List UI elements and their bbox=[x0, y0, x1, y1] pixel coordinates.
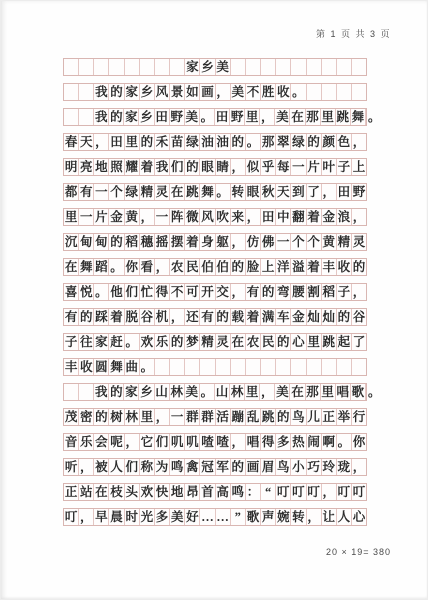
grid-cell: 踩 bbox=[94, 309, 109, 325]
grid-cell: 上 bbox=[352, 159, 366, 175]
grid-cell: 丰 bbox=[64, 359, 79, 375]
grid-cell: 穗 bbox=[140, 234, 155, 250]
grid-cell: 叮 bbox=[307, 484, 322, 500]
grid-cell: 绿 bbox=[291, 134, 306, 150]
grid-row: 有的踩着脱谷机，还有的载着满车金灿灿的谷 bbox=[63, 308, 367, 326]
grid-row: 喜悦。他们忙得不可开交，有的弯腰割稻子， bbox=[63, 283, 367, 301]
grid-cell: 忙 bbox=[140, 284, 155, 300]
grid-cell: 儿 bbox=[307, 409, 322, 425]
grid-row: 沉甸甸的稻穗摇摆着身躯，仿佛一个个黄精灵 bbox=[63, 233, 367, 251]
grid-cell bbox=[322, 84, 337, 100]
grid-cell: 林 bbox=[125, 409, 140, 425]
grid-cell: 心 bbox=[352, 509, 366, 525]
grid-cell: 还 bbox=[185, 309, 200, 325]
grid-cell: 小 bbox=[291, 459, 306, 475]
grid-cell: 闹 bbox=[307, 434, 322, 450]
page-number-indicator: 第 1 页 共 3 页 bbox=[316, 27, 391, 40]
grid-cell: ， bbox=[322, 184, 337, 200]
grid-cell: 他 bbox=[109, 284, 124, 300]
grid-cell: 天 bbox=[79, 134, 94, 150]
grid-cell: 亮 bbox=[79, 159, 94, 175]
grid-cell: 一 bbox=[276, 234, 291, 250]
grid-cell: 正 bbox=[322, 409, 337, 425]
grid-cell: 好 bbox=[185, 509, 200, 525]
grid-cell: 转 bbox=[291, 509, 306, 525]
grid-cell: 苗 bbox=[170, 134, 185, 150]
grid-row: 听，被人们称为鸣禽冠军的画眉鸟小巧玲珑， bbox=[63, 458, 367, 476]
grid-cell: 片 bbox=[94, 209, 109, 225]
grid-cell: 首 bbox=[200, 484, 215, 500]
grid-cell: 。 bbox=[246, 134, 261, 150]
grid-cell bbox=[276, 59, 291, 75]
grid-cell: 高 bbox=[216, 484, 231, 500]
grid-cell: 在 bbox=[170, 184, 185, 200]
grid-cell: 丰 bbox=[322, 259, 337, 275]
grid-cell bbox=[337, 84, 352, 100]
grid-cell: 叽 bbox=[185, 434, 200, 450]
grid-cell: 民 bbox=[185, 259, 200, 275]
grid-cell: 沉 bbox=[64, 234, 79, 250]
grid-cell: 行 bbox=[352, 409, 366, 425]
grid-cell: 唱 bbox=[246, 434, 261, 450]
grid-cell bbox=[109, 59, 124, 75]
grid-cell: 精 bbox=[337, 234, 352, 250]
grid-row: 丰收圆舞曲。 bbox=[63, 358, 367, 376]
grid-cell: 的 bbox=[94, 409, 109, 425]
grid-cell: 山 bbox=[215, 384, 230, 400]
grid-cell: 。 bbox=[291, 84, 306, 100]
grid-cell: 乡 bbox=[139, 384, 154, 400]
grid-cell: 到 bbox=[291, 184, 306, 200]
grid-cell: 叮 bbox=[276, 484, 291, 500]
grid-cell: 天 bbox=[276, 184, 291, 200]
grid-cell: 鸣 bbox=[170, 459, 185, 475]
grid-cell: 多 bbox=[276, 434, 291, 450]
grid-cell: 个 bbox=[109, 184, 124, 200]
grid-cell: 叮 bbox=[64, 509, 79, 525]
grid-cell: 的 bbox=[337, 309, 352, 325]
grid-cell: 子 bbox=[337, 284, 352, 300]
grid-cell bbox=[231, 59, 246, 75]
grid-cell: 野 bbox=[170, 109, 185, 125]
grid-cell: 田 bbox=[215, 109, 230, 125]
grid-cell: 声 bbox=[261, 509, 276, 525]
grid-cell: 如 bbox=[185, 84, 200, 100]
grid-cell: 跳 bbox=[336, 109, 351, 125]
grid-cell: ， bbox=[155, 259, 170, 275]
grid-cell: 躯 bbox=[216, 234, 231, 250]
grid-cell: 着 bbox=[307, 209, 322, 225]
grid-cell: 欢 bbox=[140, 484, 155, 500]
grid-cell: 不 bbox=[246, 84, 261, 100]
grid-cell: 禽 bbox=[185, 459, 200, 475]
grid-cell: 曲 bbox=[125, 359, 140, 375]
grid-cell: 摆 bbox=[170, 234, 185, 250]
grid-cell: 微 bbox=[185, 209, 200, 225]
grid-cell: 里 bbox=[125, 134, 140, 150]
grid-cell: 那 bbox=[306, 109, 321, 125]
grid-cell bbox=[79, 109, 94, 125]
grid-cell: 歌 bbox=[351, 384, 366, 400]
grid-cell: 不 bbox=[170, 284, 185, 300]
grid-cell: 圆 bbox=[94, 359, 109, 375]
grid-cell: 佛 bbox=[261, 234, 276, 250]
grid-row: 我的家乡田野美。田野里，美在那里跳舞。 bbox=[63, 108, 367, 126]
grid-cell: 谷 bbox=[352, 309, 366, 325]
grid-cell: 着 bbox=[307, 259, 322, 275]
grid-cell: 听 bbox=[64, 459, 79, 475]
grid-cell: ” bbox=[231, 509, 246, 525]
grid-cell bbox=[261, 359, 276, 375]
grid-cell: 开 bbox=[200, 284, 215, 300]
grid-cell: 美 bbox=[231, 84, 246, 100]
grid-cell: ， bbox=[231, 284, 246, 300]
grid-cell: 里 bbox=[321, 384, 336, 400]
grid-cell: 胜 bbox=[261, 84, 276, 100]
grid-cell: 美 bbox=[275, 109, 290, 125]
grid-cell: 腰 bbox=[291, 284, 306, 300]
grid-cell: 那 bbox=[261, 134, 276, 150]
grid-cell bbox=[64, 59, 79, 75]
grid-cell: 你 bbox=[352, 434, 366, 450]
grid-cell bbox=[352, 59, 366, 75]
grid-cell: 的 bbox=[276, 334, 291, 350]
grid-cell: 乡 bbox=[200, 59, 215, 75]
grid-cell: 绿 bbox=[125, 184, 140, 200]
grid-cell: 里 bbox=[307, 334, 322, 350]
grid-cell bbox=[170, 59, 185, 75]
grid-cell: 舞 bbox=[200, 184, 215, 200]
grid-cell: ， bbox=[231, 159, 246, 175]
grid-cell: 的 bbox=[261, 284, 276, 300]
grid-cell: 的 bbox=[109, 109, 124, 125]
grid-cell: 们 bbox=[125, 459, 140, 475]
grid-cell: 稻 bbox=[322, 284, 337, 300]
grid-cell: 里 bbox=[245, 109, 260, 125]
grid-cell: 珑 bbox=[337, 459, 352, 475]
grid-cell: 着 bbox=[109, 309, 124, 325]
grid-cell: 景 bbox=[170, 84, 185, 100]
grid-cell: 野 bbox=[352, 184, 366, 200]
grid-cell: 地 bbox=[170, 484, 185, 500]
grid-cell bbox=[322, 59, 337, 75]
grid-cell: 地 bbox=[94, 159, 109, 175]
grid-cell: 子 bbox=[64, 334, 79, 350]
grid-cell: 头 bbox=[125, 484, 140, 500]
grid-cell: 油 bbox=[216, 134, 231, 150]
grid-cell: 黄 bbox=[322, 234, 337, 250]
grid-cell bbox=[337, 59, 352, 75]
grid-cell: 车 bbox=[276, 309, 291, 325]
grid-cell: 。 bbox=[109, 259, 124, 275]
grid-cell: 灵 bbox=[352, 234, 366, 250]
grid-cell bbox=[231, 359, 246, 375]
grid-cell: ， bbox=[170, 309, 185, 325]
grid-cell: 你 bbox=[125, 259, 140, 275]
grid-row: 家乡美 bbox=[63, 58, 367, 76]
grid-cell: 机 bbox=[155, 309, 170, 325]
grid-cell: 梦 bbox=[185, 334, 200, 350]
grid-cell: 被 bbox=[94, 459, 109, 475]
grid-cell: 的 bbox=[109, 384, 124, 400]
grid-cell: 喜 bbox=[64, 284, 79, 300]
grid-cell: 的 bbox=[216, 309, 231, 325]
grid-cell: 溢 bbox=[291, 259, 306, 275]
grid-cell: 金 bbox=[291, 309, 306, 325]
grid-cell: 风 bbox=[155, 84, 170, 100]
grid-cell: 昂 bbox=[185, 484, 200, 500]
grid-cell: 鸟 bbox=[291, 409, 306, 425]
grid-cell: 的 bbox=[185, 159, 200, 175]
grid-cell: 灵 bbox=[155, 184, 170, 200]
grid-cell bbox=[307, 84, 322, 100]
grid-cell: 蹈 bbox=[94, 259, 109, 275]
grid-cell: 得 bbox=[155, 284, 170, 300]
grid-cell: 一 bbox=[94, 184, 109, 200]
grid-cell: 里 bbox=[245, 384, 260, 400]
grid-cell: 载 bbox=[231, 309, 246, 325]
grid-cell bbox=[79, 59, 94, 75]
grid-cell: 眼 bbox=[200, 159, 215, 175]
grid-cell: 。 bbox=[94, 284, 109, 300]
grid-cell: 乎 bbox=[261, 159, 276, 175]
grid-cell: 翻 bbox=[291, 209, 306, 225]
grid-size-indicator: 20 × 19= 380 bbox=[326, 547, 391, 557]
grid-cell: 脸 bbox=[246, 259, 261, 275]
grid-cell: 耀 bbox=[125, 159, 140, 175]
grid-cell: ， bbox=[94, 134, 109, 150]
grid-cell: 睛 bbox=[216, 159, 231, 175]
grid-cell: 的 bbox=[79, 309, 94, 325]
grid-cell: 家 bbox=[124, 384, 139, 400]
grid-cell: 群 bbox=[200, 409, 215, 425]
grid-cell: 为 bbox=[155, 459, 170, 475]
grid-cell: 有 bbox=[200, 309, 215, 325]
grid-cell bbox=[185, 359, 200, 375]
grid-cell: 收 bbox=[337, 259, 352, 275]
grid-cell: 伯 bbox=[200, 259, 215, 275]
grid-cell: 伯 bbox=[216, 259, 231, 275]
grid-cell: 一 bbox=[291, 159, 306, 175]
grid-cell bbox=[170, 359, 185, 375]
grid-cell: ： bbox=[246, 484, 261, 500]
grid-cell: 心 bbox=[291, 334, 306, 350]
grid-cell: 仿 bbox=[246, 234, 261, 250]
grid-cell: 灿 bbox=[307, 309, 322, 325]
essay-grid: 家乡美我的家乡风景如画，美不胜收。我的家乡田野美。田野里，美在那里跳舞。春天，田… bbox=[63, 58, 367, 526]
grid-cell: 似 bbox=[246, 159, 261, 175]
grid-cell: 了 bbox=[352, 334, 366, 350]
grid-cell bbox=[140, 59, 155, 75]
grid-cell bbox=[291, 359, 306, 375]
grid-cell: ， bbox=[231, 434, 246, 450]
grid-cell: ， bbox=[307, 509, 322, 525]
grid-cell: 着 bbox=[185, 234, 200, 250]
grid-cell: 。 bbox=[200, 384, 215, 400]
grid-cell: 收 bbox=[276, 84, 291, 100]
grid-cell bbox=[246, 359, 261, 375]
grid-row: 我的家乡山林美。山林里，美在那里唱歌。 bbox=[63, 383, 367, 401]
grid-cell: 它 bbox=[140, 434, 155, 450]
grid-cell: 会 bbox=[94, 434, 109, 450]
grid-row: 我的家乡风景如画，美不胜收。 bbox=[63, 83, 367, 101]
grid-cell: 可 bbox=[185, 284, 200, 300]
grid-cell: 巧 bbox=[307, 459, 322, 475]
grid-cell: 称 bbox=[140, 459, 155, 475]
grid-cell: 乡 bbox=[139, 109, 154, 125]
grid-cell: … bbox=[216, 509, 231, 525]
grid-row: 里一片金黄，一阵微风吹来，田中翻着金浪， bbox=[63, 208, 367, 226]
grid-cell bbox=[155, 59, 170, 75]
grid-cell: 稻 bbox=[125, 234, 140, 250]
grid-cell: 活 bbox=[216, 409, 231, 425]
grid-cell: 那 bbox=[306, 384, 321, 400]
grid-cell: ， bbox=[352, 134, 366, 150]
grid-cell: 灿 bbox=[322, 309, 337, 325]
grid-row: 叮，早晨时光多美好……”歌声婉转，让人心 bbox=[63, 508, 367, 526]
grid-cell: ， bbox=[352, 209, 366, 225]
grid-cell: 我 bbox=[155, 159, 170, 175]
grid-cell: 跳 bbox=[322, 334, 337, 350]
grid-cell: 密 bbox=[79, 409, 94, 425]
grid-cell: 的 bbox=[276, 409, 291, 425]
grid-cell: 舞 bbox=[109, 359, 124, 375]
grid-cell: 金 bbox=[322, 209, 337, 225]
grid-cell bbox=[64, 84, 79, 100]
grid-cell: 林 bbox=[170, 384, 185, 400]
grid-cell: 舞 bbox=[79, 259, 94, 275]
grid-cell bbox=[291, 59, 306, 75]
grid-cell: 在 bbox=[64, 259, 79, 275]
grid-cell: 的 bbox=[307, 134, 322, 150]
grid-cell: 时 bbox=[125, 509, 140, 525]
grid-cell: 弯 bbox=[276, 284, 291, 300]
grid-cell: 黄 bbox=[125, 209, 140, 225]
grid-cell: 交 bbox=[216, 284, 231, 300]
grid-cell: 玲 bbox=[322, 459, 337, 475]
grid-cell: 人 bbox=[337, 509, 352, 525]
grid-cell bbox=[64, 384, 79, 400]
grid-cell: 早 bbox=[94, 509, 109, 525]
grid-cell: 脱 bbox=[125, 309, 140, 325]
grid-cell: 农 bbox=[170, 259, 185, 275]
grid-cell: 金 bbox=[109, 209, 124, 225]
grid-cell: ， bbox=[260, 384, 275, 400]
grid-cell: 悦 bbox=[79, 284, 94, 300]
grid-cell: 快 bbox=[155, 484, 170, 500]
grid-cell: 农 bbox=[246, 334, 261, 350]
grid-cell: 着 bbox=[246, 309, 261, 325]
grid-row: 春天，田里的禾苗绿油油的。那翠绿的颜色， bbox=[63, 133, 367, 151]
grid-cell: 眉 bbox=[261, 459, 276, 475]
grid-cell: 喳 bbox=[200, 434, 215, 450]
grid-cell: 的 bbox=[109, 84, 124, 100]
grid-row: 茂密的树林里，一群群活蹦乱跳的鸟儿正举行 bbox=[63, 408, 367, 426]
grid-cell: ， bbox=[322, 484, 337, 500]
grid-cell: 的 bbox=[231, 459, 246, 475]
grid-cell: 的 bbox=[140, 134, 155, 150]
grid-cell: 田 bbox=[109, 134, 124, 150]
grid-cell: 。 bbox=[216, 184, 231, 200]
grid-cell: 看 bbox=[140, 259, 155, 275]
grid-cell: ， bbox=[231, 234, 246, 250]
grid-cell: 举 bbox=[337, 409, 352, 425]
grid-cell: 跳 bbox=[261, 409, 276, 425]
grid-cell: 美 bbox=[216, 59, 231, 75]
grid-cell: 浪 bbox=[337, 209, 352, 225]
grid-cell: 有 bbox=[64, 309, 79, 325]
grid-cell: 正 bbox=[64, 484, 79, 500]
grid-cell bbox=[79, 84, 94, 100]
grid-cell: 家 bbox=[185, 59, 200, 75]
grid-cell: 摇 bbox=[155, 234, 170, 250]
grid-cell: 。 bbox=[200, 109, 215, 125]
grid-cell: 我 bbox=[94, 84, 109, 100]
grid-cell: 吹 bbox=[216, 209, 231, 225]
grid-cell: ， bbox=[260, 109, 275, 125]
grid-cell: 田 bbox=[337, 184, 352, 200]
grid-cell: 晨 bbox=[109, 509, 124, 525]
grid-cell: 树 bbox=[109, 409, 124, 425]
grid-cell: 明 bbox=[64, 159, 79, 175]
grid-cell: 画 bbox=[246, 459, 261, 475]
grid-cell: 收 bbox=[79, 359, 94, 375]
grid-cell: 画 bbox=[200, 84, 215, 100]
grid-cell: 在 bbox=[231, 334, 246, 350]
grid-cell bbox=[216, 359, 231, 375]
grid-cell: 了 bbox=[307, 184, 322, 200]
grid-cell: 叮 bbox=[352, 484, 366, 500]
grid-cell: 里 bbox=[321, 109, 336, 125]
grid-cell: 都 bbox=[64, 184, 79, 200]
grid-cell: 枝 bbox=[109, 484, 124, 500]
grid-cell: 让 bbox=[322, 509, 337, 525]
grid-cell: 美 bbox=[185, 384, 200, 400]
grid-cell: 舞 bbox=[351, 109, 366, 125]
grid-cell bbox=[200, 359, 215, 375]
grid-cell: 洋 bbox=[276, 259, 291, 275]
grid-row: 明亮地照耀着我们的眼睛，似乎每一片叶子上 bbox=[63, 158, 367, 176]
grid-cell: ， bbox=[216, 84, 231, 100]
grid-cell: 蹦 bbox=[231, 409, 246, 425]
grid-cell: 的 bbox=[352, 259, 366, 275]
grid-cell bbox=[94, 59, 109, 75]
grid-cell bbox=[352, 359, 366, 375]
grid-cell: 田 bbox=[155, 109, 170, 125]
grid-cell: 甸 bbox=[94, 234, 109, 250]
grid-cell: 林 bbox=[230, 384, 245, 400]
grid-cell: 山 bbox=[155, 384, 170, 400]
grid-cell: 里 bbox=[140, 409, 155, 425]
grid-cell: 色 bbox=[337, 134, 352, 150]
grid-cell: 乡 bbox=[140, 84, 155, 100]
grid-cell: 有 bbox=[79, 184, 94, 200]
grid-cell bbox=[246, 59, 261, 75]
grid-cell: 精 bbox=[200, 334, 215, 350]
grid-cell: ， bbox=[352, 284, 366, 300]
grid-cell: 转 bbox=[231, 184, 246, 200]
grid-cell: 家 bbox=[124, 109, 139, 125]
grid-cell: 叶 bbox=[322, 159, 337, 175]
grid-cell: 我 bbox=[94, 384, 109, 400]
grid-cell bbox=[337, 359, 352, 375]
grid-cell: 一 bbox=[155, 209, 170, 225]
grid-cell: 着 bbox=[140, 159, 155, 175]
grid-cell: 田 bbox=[261, 209, 276, 225]
grid-cell bbox=[322, 359, 337, 375]
grid-cell: 。 bbox=[125, 334, 140, 350]
grid-cell: 满 bbox=[261, 309, 276, 325]
